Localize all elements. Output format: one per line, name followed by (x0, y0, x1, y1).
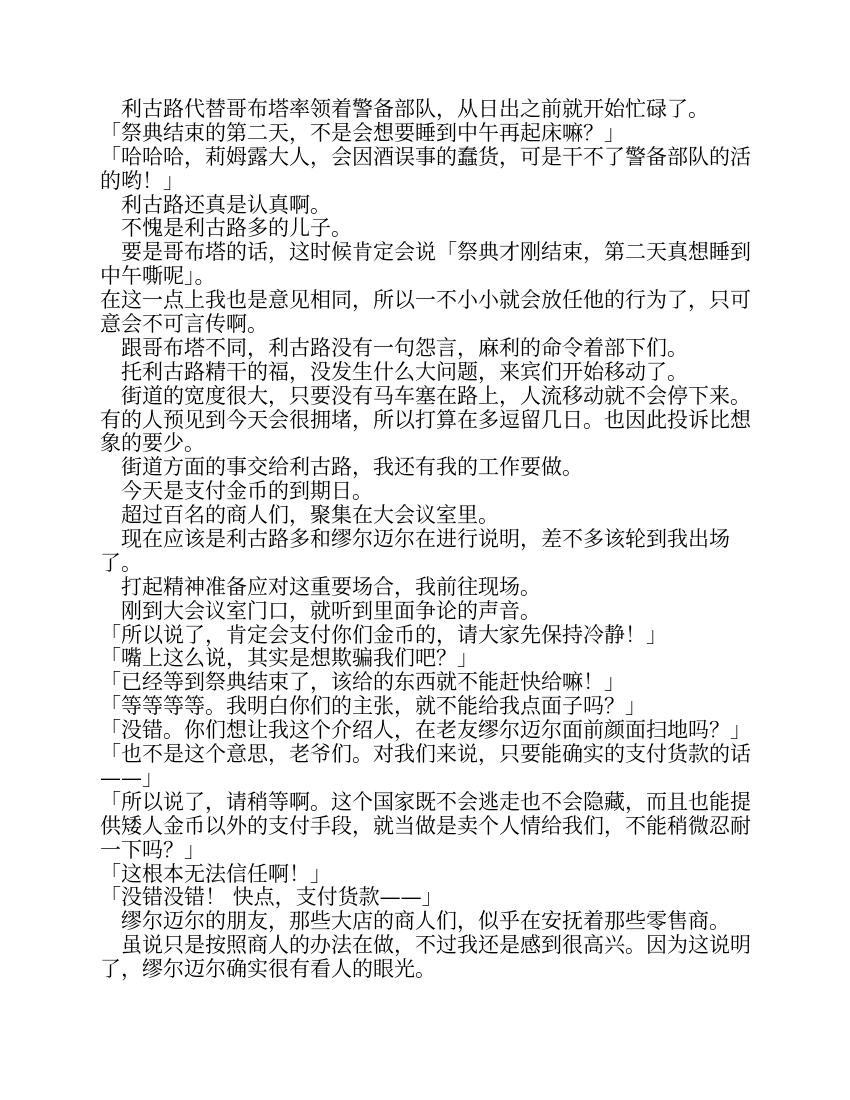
text-line: 「等等等等。我明白你们的主张，就不能给我点面子吗？」 (100, 695, 800, 719)
dialogue-paragraph: 「所以说了，肯定会支付你们金币的，请大家先保持冷静！」 (100, 624, 800, 648)
text-line: 街道的宽度很大，只要没有马车塞在路上，人流移动就不会停下来。 (100, 385, 800, 409)
dialogue-paragraph: 「等等等等。我明白你们的主张，就不能给我点面子吗？」 (100, 695, 800, 719)
text-line: 供矮人金币以外的支付手段，就当做是卖个人情给我们，不能稍微忍耐 (100, 815, 800, 839)
paragraph: 利古路还真是认真啊。 (100, 194, 800, 218)
text-line: 「所以说了，请稍等啊。这个国家既不会逃走也不会隐藏，而且也能提 (100, 791, 800, 815)
dialogue-paragraph: 「嘴上这么说，其实是想欺骗我们吧？」 (100, 647, 800, 671)
text-line: 「哈哈哈，莉姆露大人，会因酒误事的蠢货，可是干不了警备部队的活 (100, 146, 800, 170)
text-line: 利古路代替哥布塔率领着警备部队，从日出之前就开始忙碌了。 (100, 98, 800, 122)
text-line: 虽说只是按照商人的办法在做，不过我还是感到很高兴。因为这说明 (100, 934, 800, 958)
text-line: 了。 (100, 552, 800, 576)
text-line: 要是哥布塔的话，这时候肯定会说「祭典才刚结束，第二天真想睡到 (100, 241, 800, 265)
paragraph: 街道的宽度很大，只要没有马车塞在路上，人流移动就不会停下来。 有的人预见到今天会… (100, 385, 800, 457)
paragraph: 跟哥布塔不同，利古路没有一句怨言，麻利的命令着部下们。 (100, 337, 800, 361)
text-line: 了，缪尔迈尔确实很有看人的眼光。 (100, 958, 800, 982)
text-line: 缪尔迈尔的朋友，那些大店的商人们，似乎在安抚着那些零售商。 (100, 910, 800, 934)
paragraph: 虽说只是按照商人的办法在做，不过我还是感到很高兴。因为这说明 了，缪尔迈尔确实很… (100, 934, 800, 982)
paragraph: 缪尔迈尔的朋友，那些大店的商人们，似乎在安抚着那些零售商。 (100, 910, 800, 934)
paragraph: 打起精神准备应对这重要场合，我前往现场。 (100, 576, 800, 600)
document-page: 利古路代替哥布塔率领着警备部队，从日出之前就开始忙碌了。 「祭典结束的第二天，不… (100, 98, 800, 982)
text-line: 「已经等到祭典结束了，该给的东西就不能赶快给嘛！」 (100, 671, 800, 695)
text-line: 街道方面的事交给利古路，我还有我的工作要做。 (100, 456, 800, 480)
text-line: 托利古路精干的福，没发生什么大问题，来宾们开始移动了。 (100, 361, 800, 385)
paragraph: 今天是支付金币的到期日。 (100, 480, 800, 504)
text-line: 不愧是利古路多的儿子。 (100, 217, 800, 241)
text-line: 「没错没错！ 快点，支付货款——」 (100, 886, 800, 910)
paragraph: 现在应该是利古路多和缪尔迈尔在进行说明，差不多该轮到我出场 了。 (100, 528, 800, 576)
text-line: 现在应该是利古路多和缪尔迈尔在进行说明，差不多该轮到我出场 (100, 528, 800, 552)
text-line: 在这一点上我也是意见相同，所以一不小小就会放任他的行为了，只可 (100, 289, 800, 313)
dialogue-paragraph: 「没错没错！ 快点，支付货款——」 (100, 886, 800, 910)
text-line: 中午嘶呢」。 (100, 265, 800, 289)
text-line: 打起精神准备应对这重要场合，我前往现场。 (100, 576, 800, 600)
text-line: 「这根本无法信任啊！」 (100, 863, 800, 887)
text-line: 「也不是这个意思，老爷们。对我们来说，只要能确实的支付货款的话 (100, 743, 800, 767)
text-line: 跟哥布塔不同，利古路没有一句怨言，麻利的命令着部下们。 (100, 337, 800, 361)
paragraph: 刚到大会议室门口，就听到里面争论的声音。 (100, 600, 800, 624)
text-line: 刚到大会议室门口，就听到里面争论的声音。 (100, 600, 800, 624)
text-line: 有的人预见到今天会很拥堵，所以打算在多逗留几日。也因此投诉比想 (100, 409, 800, 433)
text-line: 「所以说了，肯定会支付你们金币的，请大家先保持冷静！」 (100, 624, 800, 648)
text-line: 一下吗？」 (100, 839, 800, 863)
dialogue-paragraph: 「所以说了，请稍等啊。这个国家既不会逃走也不会隐藏，而且也能提 供矮人金币以外的… (100, 791, 800, 863)
text-line: 「嘴上这么说，其实是想欺骗我们吧？」 (100, 647, 800, 671)
text-line: 超过百名的商人们，聚集在大会议室里。 (100, 504, 800, 528)
paragraph: 利古路代替哥布塔率领着警备部队，从日出之前就开始忙碌了。 (100, 98, 800, 122)
dialogue-paragraph: 「哈哈哈，莉姆露大人，会因酒误事的蠢货，可是干不了警备部队的活 的哟！」 (100, 146, 800, 194)
paragraph: 要是哥布塔的话，这时候肯定会说「祭典才刚结束，第二天真想睡到 中午嘶呢」。 (100, 241, 800, 289)
text-line: 的哟！」 (100, 170, 800, 194)
text-line: 今天是支付金币的到期日。 (100, 480, 800, 504)
paragraph: 不愧是利古路多的儿子。 (100, 217, 800, 241)
dialogue-paragraph: 「这根本无法信任啊！」 (100, 863, 800, 887)
paragraph: 在这一点上我也是意见相同，所以一不小小就会放任他的行为了，只可 意会不可言传啊。 (100, 289, 800, 337)
text-line: 「没错。你们想让我这个介绍人，在老友缪尔迈尔面前颜面扫地吗？」 (100, 719, 800, 743)
text-line: ——」 (100, 767, 800, 791)
paragraph: 超过百名的商人们，聚集在大会议室里。 (100, 504, 800, 528)
text-line: 象的要少。 (100, 432, 800, 456)
dialogue-paragraph: 「没错。你们想让我这个介绍人，在老友缪尔迈尔面前颜面扫地吗？」 (100, 719, 800, 743)
paragraph: 托利古路精干的福，没发生什么大问题，来宾们开始移动了。 (100, 361, 800, 385)
dialogue-paragraph: 「祭典结束的第二天，不是会想要睡到中午再起床嘛？」 (100, 122, 800, 146)
dialogue-paragraph: 「也不是这个意思，老爷们。对我们来说，只要能确实的支付货款的话 ——」 (100, 743, 800, 791)
dialogue-paragraph: 「已经等到祭典结束了，该给的东西就不能赶快给嘛！」 (100, 671, 800, 695)
text-line: 「祭典结束的第二天，不是会想要睡到中午再起床嘛？」 (100, 122, 800, 146)
paragraph: 街道方面的事交给利古路，我还有我的工作要做。 (100, 456, 800, 480)
text-line: 利古路还真是认真啊。 (100, 194, 800, 218)
text-line: 意会不可言传啊。 (100, 313, 800, 337)
